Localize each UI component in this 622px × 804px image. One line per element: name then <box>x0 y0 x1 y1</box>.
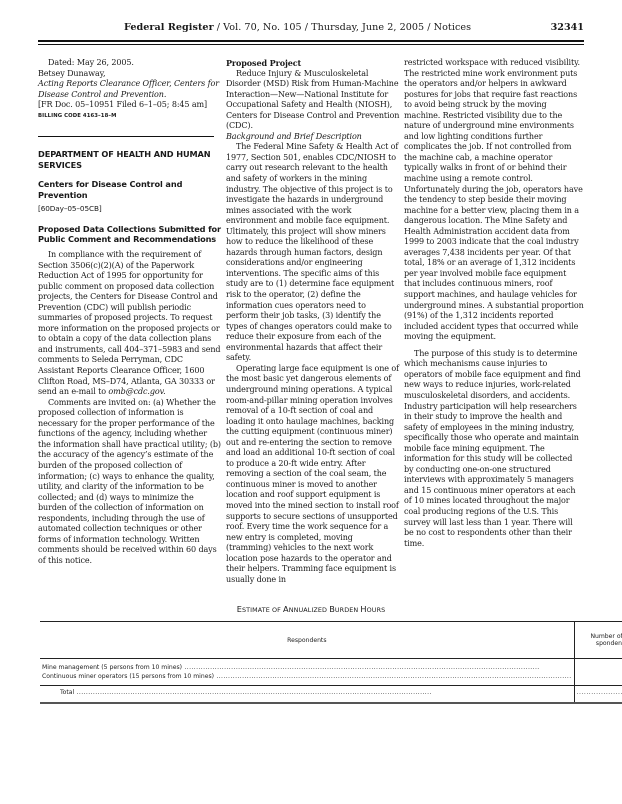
dated-line: Dated: May 26, 2005. <box>38 58 221 69</box>
paragraph: In compliance with the requirement of Se… <box>38 250 221 398</box>
agency-heading: DEPARTMENT OF HEALTH AND HUMAN SERVICES <box>38 149 221 171</box>
signature-block: Dated: May 26, 2005. Betsey Dunaway, Act… <box>38 58 221 121</box>
document-title: Proposed Data Collections Submitted for … <box>38 224 221 245</box>
col-header-respondents: Respondents <box>40 622 574 659</box>
cell-total-label: Total <box>40 686 574 703</box>
email-link[interactable]: omb@cdc.gov. <box>108 387 165 396</box>
section-divider <box>38 136 214 137</box>
proposed-project-heading: Proposed Project <box>226 58 400 69</box>
page-header: Federal Register / Vol. 70, No. 105 / Th… <box>38 22 584 36</box>
table-header-row: Respondents Number of re- spondents Numb… <box>40 622 622 659</box>
background-heading: Background and Brief Description <box>226 132 400 143</box>
table-caption: ESTIMATE OF ANNUALIZED BURDEN HOURS <box>0 604 622 614</box>
col-header-num-respondents: Number of re- spondents <box>574 622 622 659</box>
caption-smallcaps: STIMATE OF <box>242 606 283 614</box>
paragraph: The Federal Mine Safety & Health Act of … <box>226 142 400 363</box>
running-head: Federal Register / Vol. 70, No. 105 / Th… <box>124 22 471 33</box>
paragraph: The purpose of this study is to determin… <box>404 349 584 549</box>
issue-info: / Vol. 70, No. 105 / Thursday, June 2, 2… <box>214 22 471 33</box>
publication-name: Federal Register <box>124 22 214 33</box>
header-rule-thin <box>38 44 584 45</box>
docket-number: [60Day–05–05CB] <box>38 204 221 215</box>
cell-num-respondents: 50 <box>574 659 622 673</box>
caption-smallcaps: URDEN <box>335 606 361 614</box>
caption-smallcaps: OURS <box>367 606 386 614</box>
table-total-row: Total ............................ .....… <box>40 686 622 703</box>
billing-code: BILLING CODE 4163–18–M <box>38 111 221 122</box>
signer-name: Betsey Dunaway, <box>38 69 221 80</box>
federal-register-page: Federal Register / Vol. 70, No. 105 / Th… <box>0 0 622 804</box>
table-row: Mine management (5 persons from 10 mines… <box>40 659 622 673</box>
column-1: Dated: May 26, 2005. Betsey Dunaway, Act… <box>50 58 221 566</box>
signer-title: Acting Reports Clearance Officer, Center… <box>38 79 221 100</box>
burden-hours-table: Respondents Number of re- spondents Numb… <box>40 621 622 704</box>
cell-respondents: Continuous miner operators (15 persons f… <box>40 673 574 686</box>
cell-num-respondents: 150 <box>574 673 622 686</box>
cell-total-num-respondents: ............................ <box>574 686 622 703</box>
paragraph: Comments are invited on: (a) Whether the… <box>38 398 221 567</box>
notice-body: In compliance with the requirement of Se… <box>38 250 221 566</box>
paragraph: Operating large face equipment is one of… <box>226 364 400 585</box>
paragraph-text: In compliance with the requirement of Se… <box>38 250 220 396</box>
column-2: Proposed Project Reduce Injury & Musculo… <box>226 58 400 585</box>
project-title: Reduce Injury & Musculoskeletal Disorder… <box>226 69 400 132</box>
cell-respondents: Mine management (5 persons from 10 mines… <box>40 659 574 673</box>
fr-doc-line: [FR Doc. 05–10951 Filed 6–1–05; 8:45 am] <box>38 100 221 111</box>
subagency-heading: Centers for Disease Control and Preventi… <box>38 179 221 201</box>
page-number: 32341 <box>551 22 584 33</box>
paragraph: restricted workspace with reduced visibi… <box>404 58 584 343</box>
caption-smallcaps: NNUALIZED <box>289 606 329 614</box>
column-3: restricted workspace with reduced visibi… <box>404 58 584 549</box>
table-row: Continuous miner operators (15 persons f… <box>40 673 622 686</box>
header-rule-thick <box>38 40 584 42</box>
